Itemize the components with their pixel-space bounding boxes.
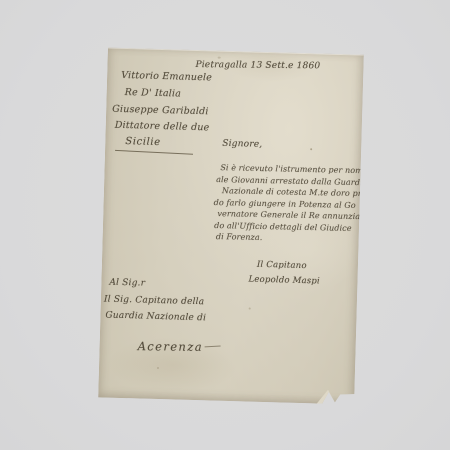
heading-underline: [115, 150, 193, 155]
letter-photo: Pietragalla 13 Sett.e 1860 Vittorio Eman…: [0, 0, 450, 450]
dateline: Pietragalla 13 Sett.e 1860: [195, 60, 320, 71]
heading-line-re-d-italia: Re D' Italia: [125, 87, 182, 100]
heading-line-giuseppe-garibaldi: Giuseppe Garibaldi: [112, 104, 209, 118]
address-city: Acerenza: [138, 339, 222, 354]
address-line: Al Sig.r: [109, 278, 145, 289]
signature-name: Leopoldo Maspi: [248, 275, 320, 287]
folded-corner: [316, 389, 336, 405]
foxing-speck: [218, 57, 221, 59]
address-line: Guardia Nazionale di: [105, 311, 206, 324]
heading-line-vittorio-emanuele: Vittorio Emanuele: [121, 70, 212, 84]
foxing-speck: [310, 148, 312, 150]
salutation: Signore,: [222, 139, 262, 150]
body-paragraph: Si è ricevuto l'istrumento per nome Nat …: [211, 162, 363, 246]
heading-line-dittatore: Dittatore delle due: [115, 120, 210, 134]
foxing-speck: [157, 367, 159, 369]
signature-title: Il Capitano: [257, 260, 307, 271]
address-line: Il Sig. Capitano della: [104, 294, 205, 307]
letter-paper: Pietragalla 13 Sett.e 1860 Vittorio Eman…: [98, 47, 364, 404]
heading-line-sicilie: Sicilie: [125, 136, 161, 148]
foxing-speck: [249, 308, 251, 310]
